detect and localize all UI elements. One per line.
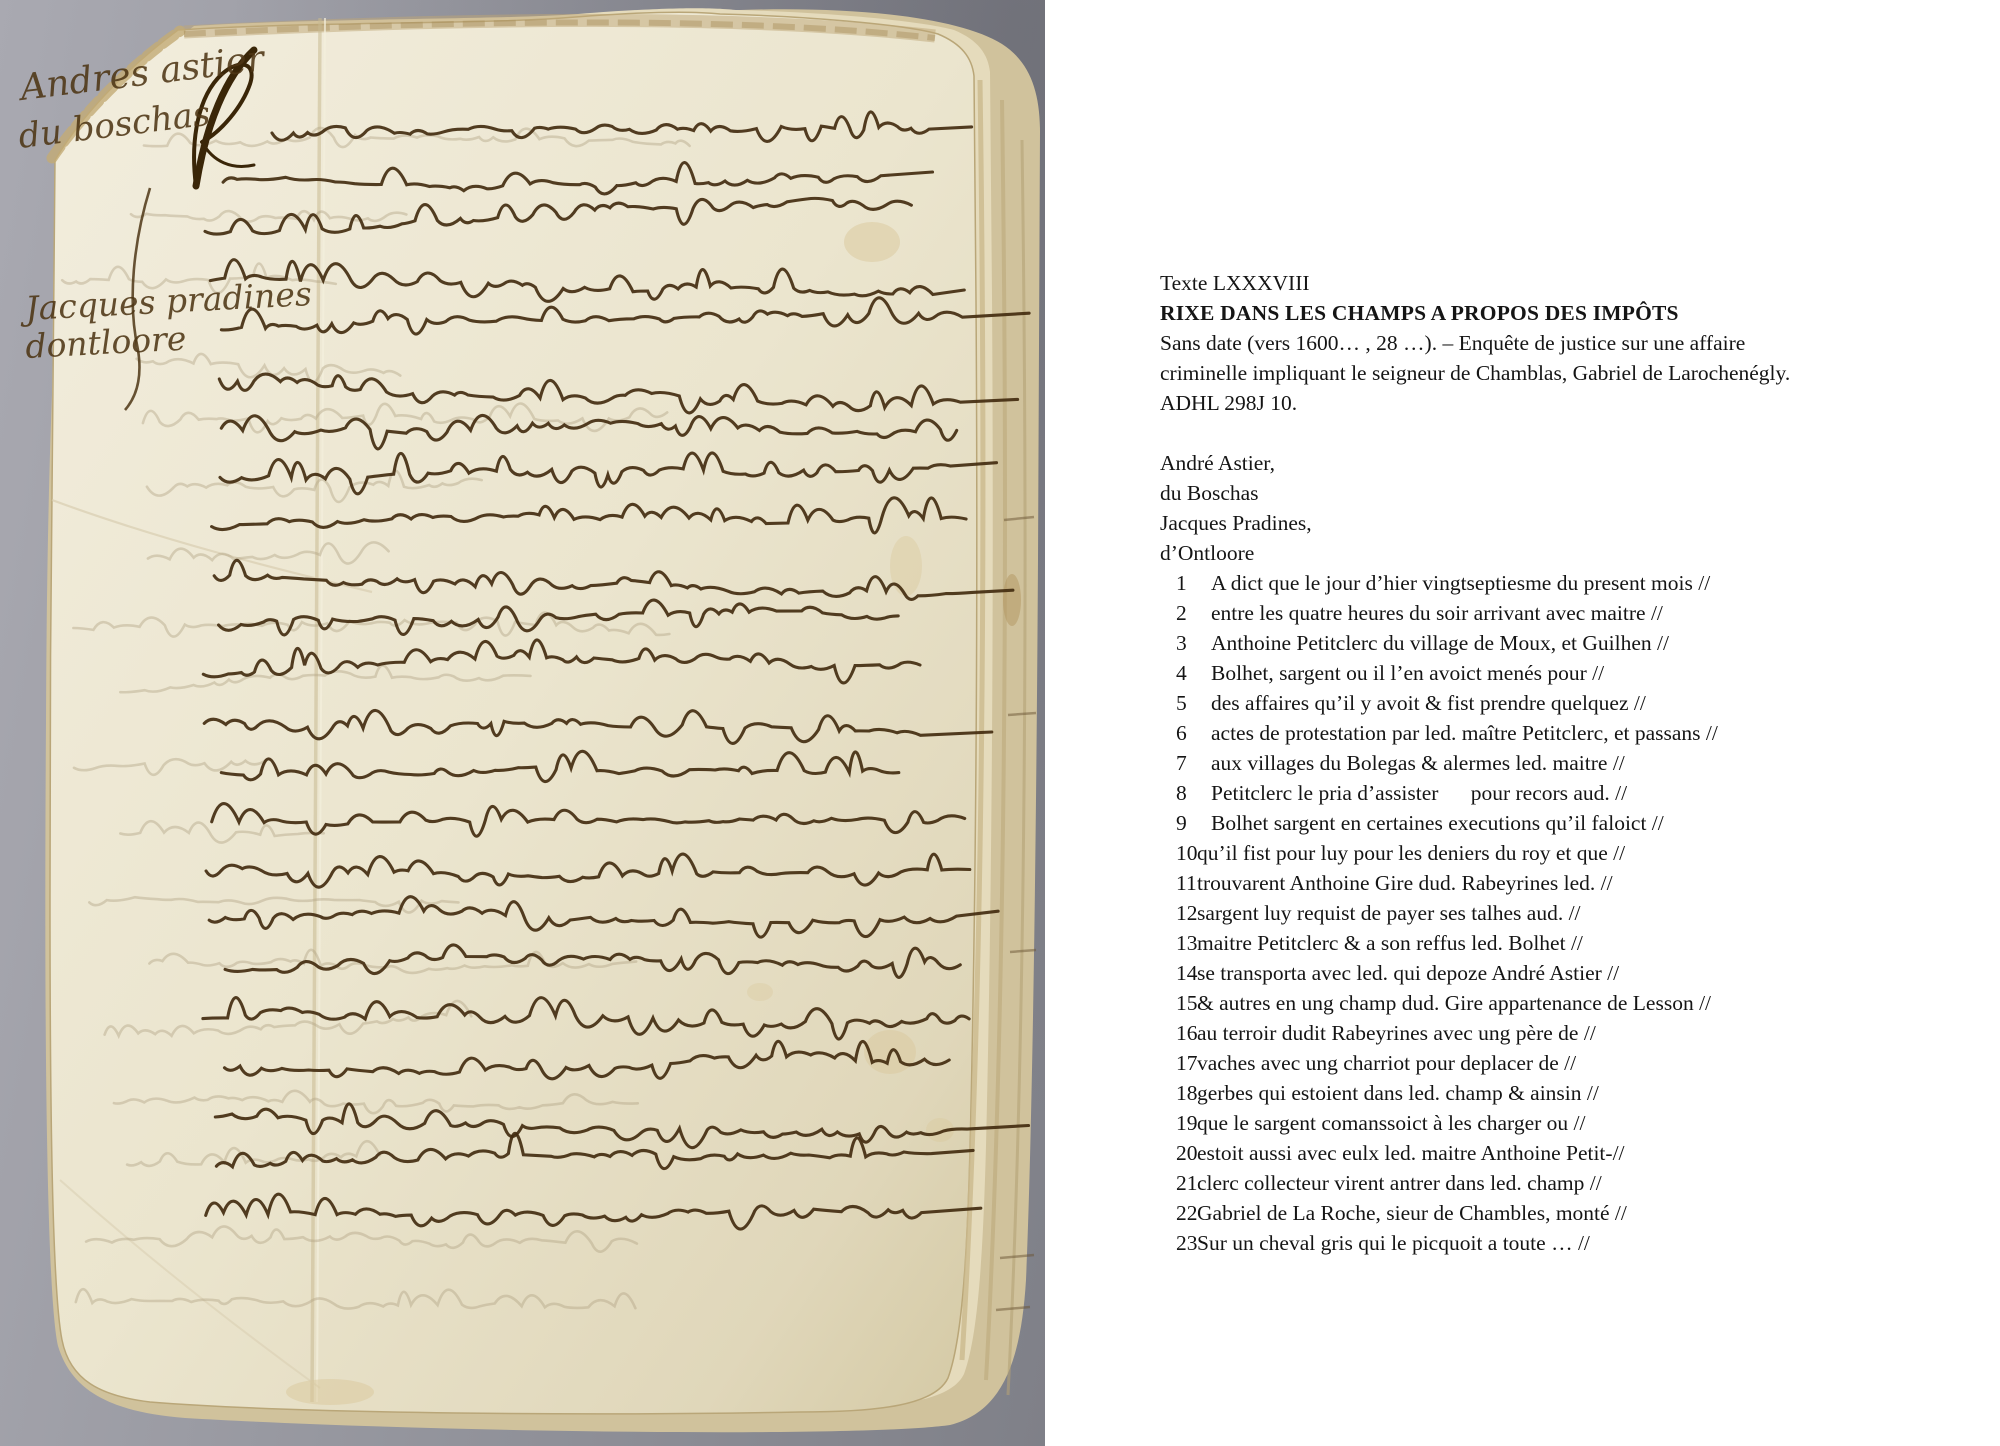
line-number: 7 bbox=[1176, 748, 1197, 778]
line-text: Bolhet sargent en certaines executions q… bbox=[1197, 808, 1664, 838]
line-number: 2 bbox=[1176, 598, 1197, 628]
line-number: 1 bbox=[1176, 568, 1197, 598]
transcription-line: 19que le sargent comanssoict à les charg… bbox=[1176, 1108, 1980, 1138]
line-text: Anthoine Petitclerc du village de Moux, … bbox=[1197, 628, 1669, 658]
line-number: 23 bbox=[1176, 1228, 1197, 1258]
transcription-lines: 1A dict que le jour d’hier vingtseptiesm… bbox=[1176, 568, 1980, 1258]
transcription-line: 8Petitclerc le pria d’assister pour reco… bbox=[1176, 778, 1980, 808]
source-note-line-2: criminelle impliquant le seigneur de Cha… bbox=[1160, 358, 1980, 388]
transcription-line: 14se transporta avec led. qui depoze And… bbox=[1176, 958, 1980, 988]
page: Andres astier du boschas Jacques pradine… bbox=[0, 0, 2000, 1446]
line-number: 19 bbox=[1176, 1108, 1197, 1138]
witness-line: du Boschas bbox=[1160, 478, 1980, 508]
line-text: aux villages du Bolegas & alermes led. m… bbox=[1197, 748, 1625, 778]
line-text: Sur un cheval gris qui le picquoit a tou… bbox=[1197, 1228, 1590, 1258]
manuscript-photo-panel: Andres astier du boschas Jacques pradine… bbox=[0, 0, 1045, 1446]
line-number: 10 bbox=[1176, 838, 1197, 868]
transcription-line: 12sargent luy requist de payer ses talhe… bbox=[1176, 898, 1980, 928]
line-text: gerbes qui estoient dans led. champ & ai… bbox=[1197, 1078, 1599, 1108]
transcription-line: 6actes de protestation par led. maître P… bbox=[1176, 718, 1980, 748]
transcription-line: 21clerc collecteur virent antrer dans le… bbox=[1176, 1168, 1980, 1198]
line-text: Petitclerc le pria d’assister pour recor… bbox=[1197, 778, 1627, 808]
line-text: qu’il fist pour luy pour les deniers du … bbox=[1197, 838, 1625, 868]
document-title: RIXE DANS LES CHAMPS A PROPOS DES IMPÔTS bbox=[1160, 298, 1980, 328]
transcription-line: 15& autres en ung champ dud. Gire appart… bbox=[1176, 988, 1980, 1018]
transcription-line: 20estoit aussi avec eulx led. maitre Ant… bbox=[1176, 1138, 1980, 1168]
transcription-line: 16au terroir dudit Rabeyrines avec ung p… bbox=[1176, 1018, 1980, 1048]
line-text: trouvarent Anthoine Gire dud. Rabeyrines… bbox=[1197, 868, 1613, 898]
transcription-line: 13maitre Petitclerc & a son reffus led. … bbox=[1176, 928, 1980, 958]
witness-line: André Astier, bbox=[1160, 448, 1980, 478]
line-text: Gabriel de La Roche, sieur de Chambles, … bbox=[1197, 1198, 1627, 1228]
line-text: clerc collecteur virent antrer dans led.… bbox=[1197, 1168, 1602, 1198]
line-number: 15 bbox=[1176, 988, 1197, 1018]
transcription-line: 23Sur un cheval gris qui le picquoit a t… bbox=[1176, 1228, 1980, 1258]
line-number: 13 bbox=[1176, 928, 1197, 958]
line-text: & autres en ung champ dud. Gire apparten… bbox=[1197, 988, 1711, 1018]
line-number: 11 bbox=[1176, 868, 1197, 898]
line-number: 21 bbox=[1176, 1168, 1197, 1198]
line-text: estoit aussi avec eulx led. maitre Antho… bbox=[1197, 1138, 1625, 1168]
line-number: 16 bbox=[1176, 1018, 1197, 1048]
line-number: 5 bbox=[1176, 688, 1197, 718]
line-number: 8 bbox=[1176, 778, 1197, 808]
line-number: 22 bbox=[1176, 1198, 1197, 1228]
line-number: 4 bbox=[1176, 658, 1197, 688]
line-text: maitre Petitclerc & a son reffus led. Bo… bbox=[1197, 928, 1583, 958]
line-text: A dict que le jour d’hier vingtseptiesme… bbox=[1197, 568, 1710, 598]
witness-line: Jacques Pradines, bbox=[1160, 508, 1980, 538]
line-text: actes de protestation par led. maître Pe… bbox=[1197, 718, 1718, 748]
transcription-line: 3Anthoine Petitclerc du village de Moux,… bbox=[1176, 628, 1980, 658]
line-number: 14 bbox=[1176, 958, 1197, 988]
transcription-line: 9Bolhet sargent en certaines executions … bbox=[1176, 808, 1980, 838]
line-number: 20 bbox=[1176, 1138, 1197, 1168]
line-number: 9 bbox=[1176, 808, 1197, 838]
witness-list: André Astier,du BoschasJacques Pradines,… bbox=[1160, 448, 1980, 568]
manuscript-photo: Andres astier du boschas Jacques pradine… bbox=[0, 0, 1045, 1446]
line-number: 12 bbox=[1176, 898, 1197, 928]
source-note-line-3: ADHL 298J 10. bbox=[1160, 388, 1980, 418]
transcription-line: 22Gabriel de La Roche, sieur de Chambles… bbox=[1176, 1198, 1980, 1228]
line-number: 18 bbox=[1176, 1078, 1197, 1108]
source-note-line-1: Sans date (vers 1600… , 28 …). – Enquête… bbox=[1160, 328, 1980, 358]
transcription-line: 17vaches avec ung charriot pour deplacer… bbox=[1176, 1048, 1980, 1078]
transcription-line: 11trouvarent Anthoine Gire dud. Rabeyrin… bbox=[1176, 868, 1980, 898]
line-text: vaches avec ung charriot pour deplacer d… bbox=[1197, 1048, 1576, 1078]
line-number: 3 bbox=[1176, 628, 1197, 658]
transcription-line: 2entre les quatre heures du soir arrivan… bbox=[1176, 598, 1980, 628]
witness-line: d’Ontloore bbox=[1160, 538, 1980, 568]
line-text: que le sargent comanssoict à les charger… bbox=[1197, 1108, 1585, 1138]
line-text: des affaires qu’il y avoit & fist prendr… bbox=[1197, 688, 1646, 718]
line-number: 6 bbox=[1176, 718, 1197, 748]
transcription-line: 10qu’il fist pour luy pour les deniers d… bbox=[1176, 838, 1980, 868]
transcription-line: 18gerbes qui estoient dans led. champ & … bbox=[1176, 1078, 1980, 1108]
line-text: se transporta avec led. qui depoze André… bbox=[1197, 958, 1619, 988]
transcription-line: 4Bolhet, sargent ou il l’en avoict menés… bbox=[1176, 658, 1980, 688]
line-text: Bolhet, sargent ou il l’en avoict menés … bbox=[1197, 658, 1604, 688]
transcription-panel: Texte LXXXVIII RIXE DANS LES CHAMPS A PR… bbox=[1160, 268, 1980, 1258]
line-text: sargent luy requist de payer ses talhes … bbox=[1197, 898, 1581, 928]
text-label: Texte LXXXVIII bbox=[1160, 268, 1980, 298]
transcription-line: 5des affaires qu’il y avoit & fist prend… bbox=[1176, 688, 1980, 718]
line-text: au terroir dudit Rabeyrines avec ung pèr… bbox=[1197, 1018, 1596, 1048]
transcription-line: 7aux villages du Bolegas & alermes led. … bbox=[1176, 748, 1980, 778]
line-number: 17 bbox=[1176, 1048, 1197, 1078]
transcription-line: 1A dict que le jour d’hier vingtseptiesm… bbox=[1176, 568, 1980, 598]
line-text: entre les quatre heures du soir arrivant… bbox=[1197, 598, 1663, 628]
